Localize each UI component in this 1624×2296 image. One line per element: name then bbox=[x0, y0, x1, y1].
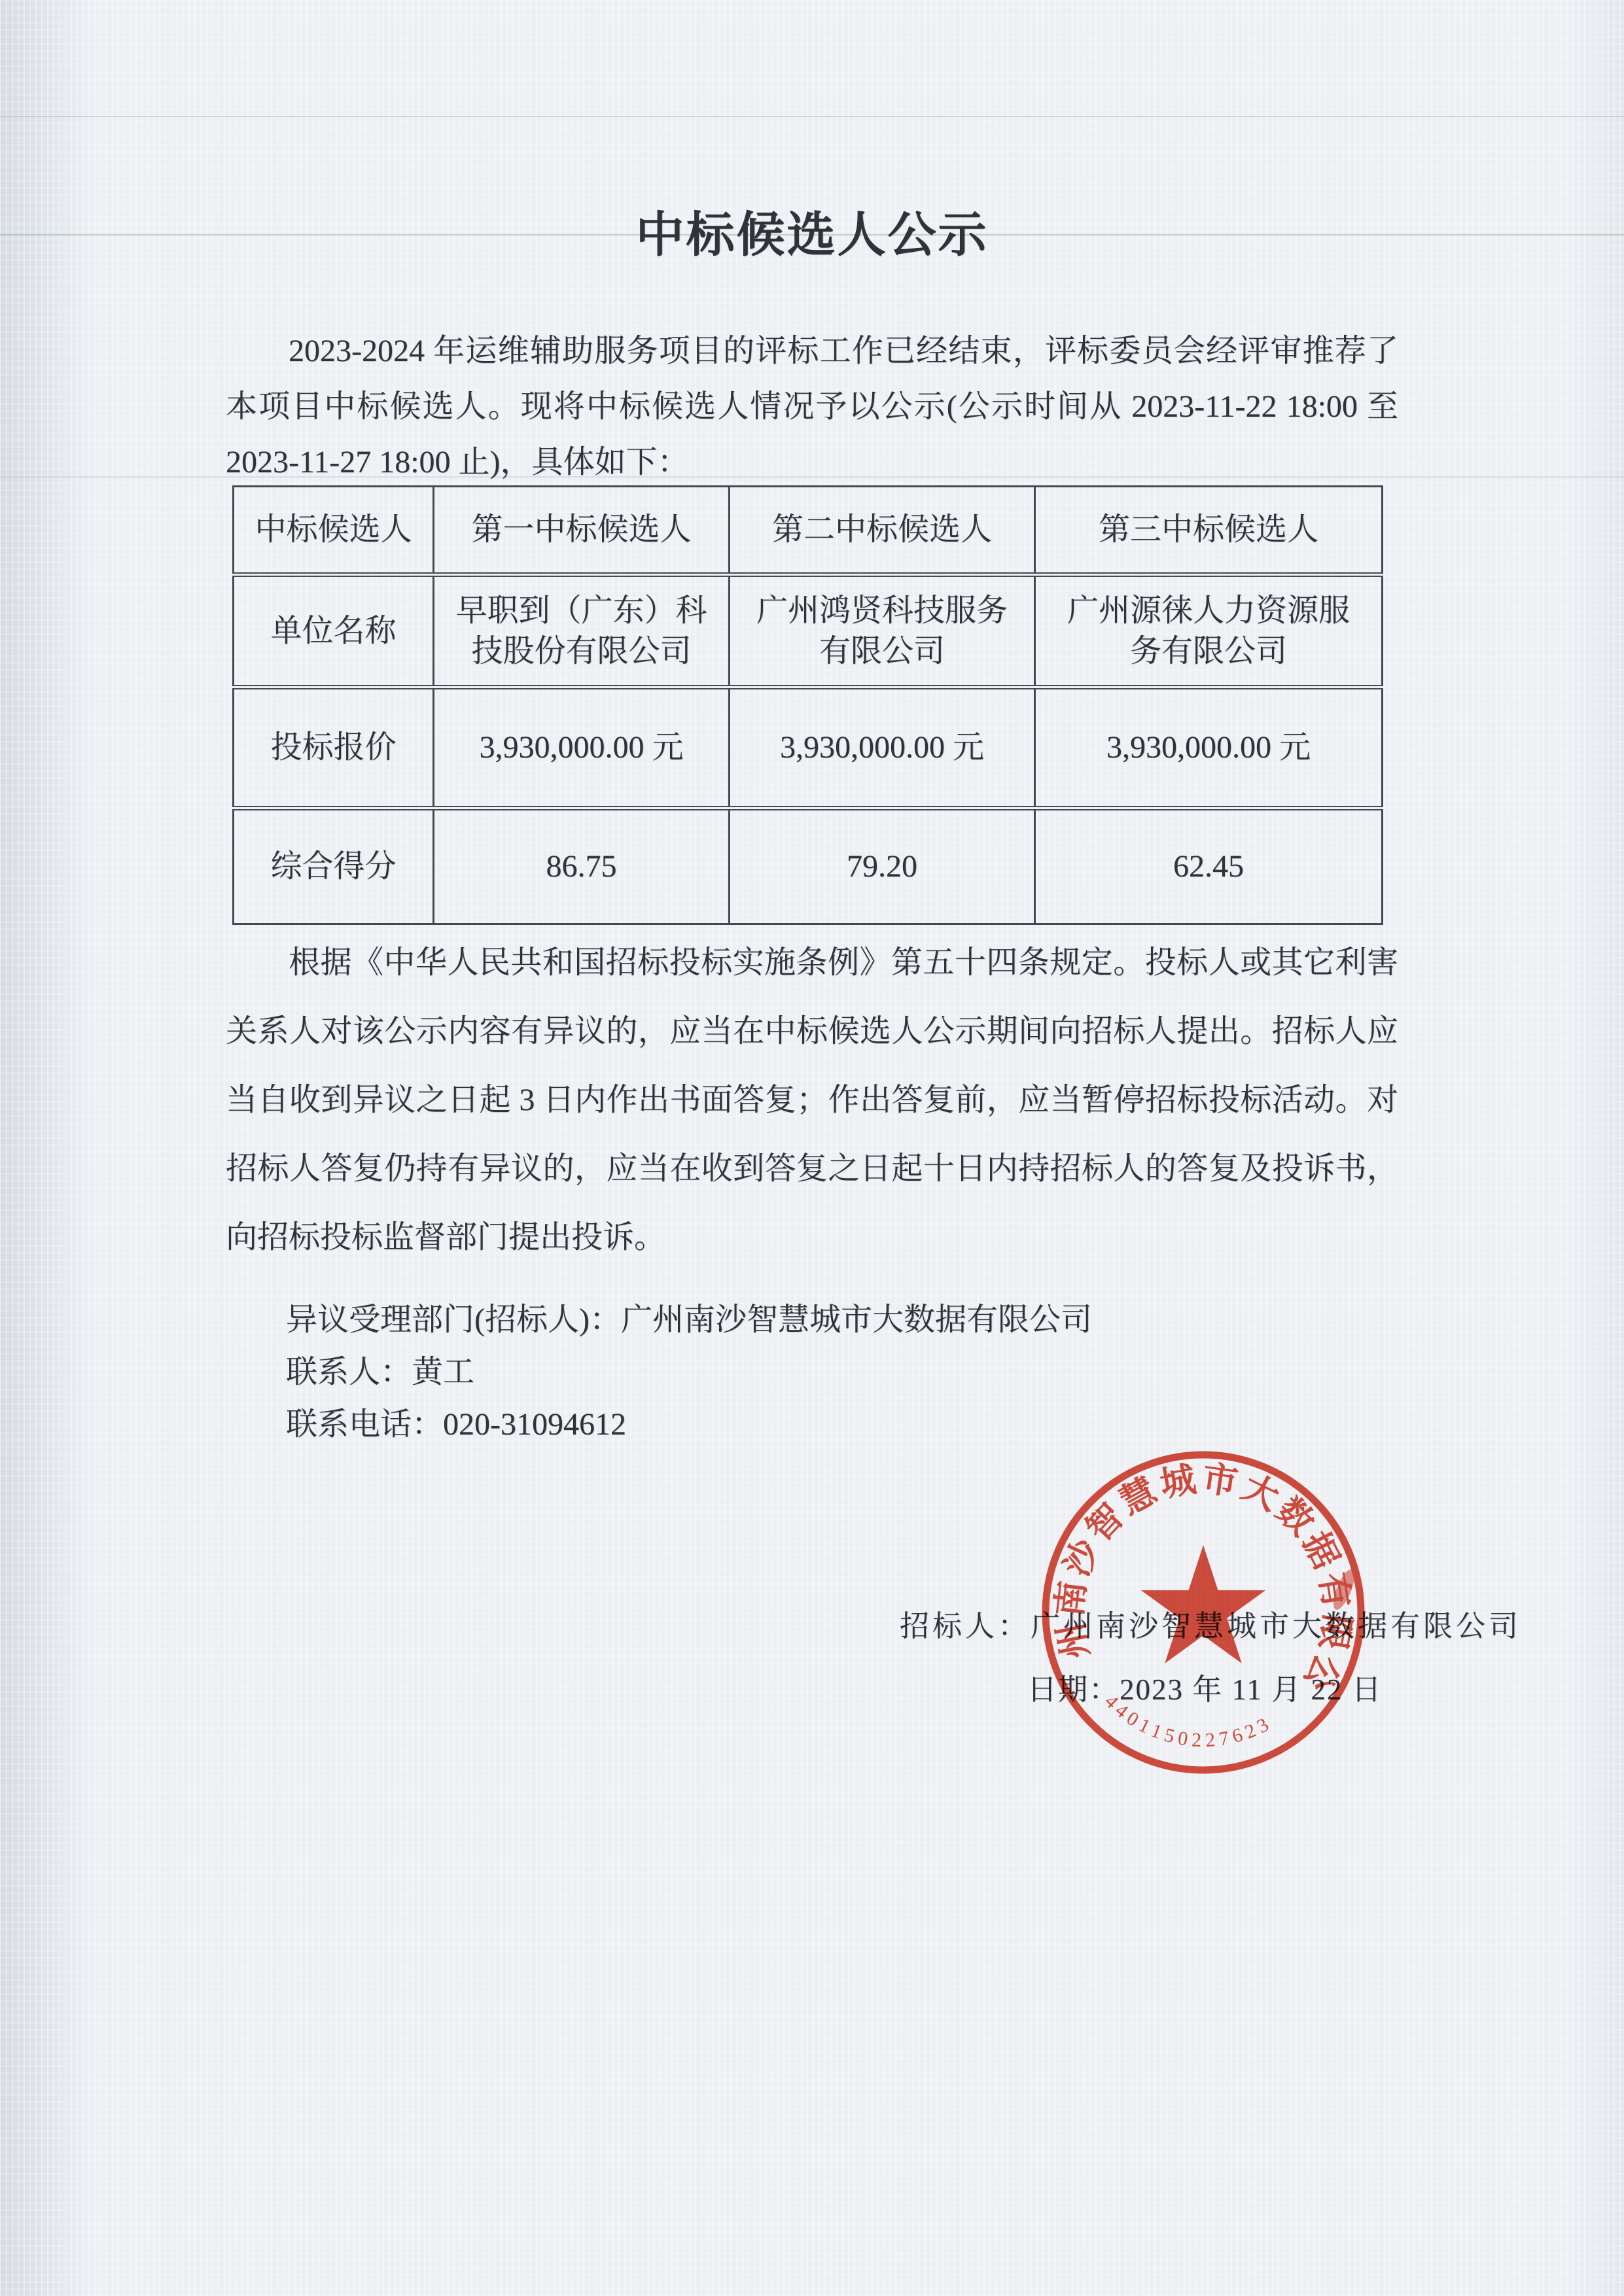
regulation-paragraph: 根据《中华人民共和国招标投标实施条例》第五十四条规定。投标人或其它利害关系人对该… bbox=[226, 928, 1398, 1272]
contact-department-line: 异议受理部门(招标人)：广州南沙智慧城市大数据有限公司 bbox=[286, 1294, 1092, 1346]
scanned-document-page: 中标候选人公示 2023-2024 年运维辅助服务项目的评标工作已经结束，评标委… bbox=[0, 0, 1624, 2296]
seal-company-arc-text: 广州南沙智慧城市大数据有限公司 bbox=[1036, 1446, 1370, 1703]
bid-candidates-table: 中标候选人 第一中标候选人 第二中标候选人 第三中标候选人 单位名称 早职到（广… bbox=[232, 485, 1383, 925]
table-row-company-name: 单位名称 早职到（广东）科技股份有限公司 广州鸿贤科技服务有限公司 广州源徕人力… bbox=[234, 575, 1383, 687]
table-row-composite-score: 综合得分 86.75 79.20 62.45 bbox=[234, 809, 1383, 924]
row-label: 综合得分 bbox=[234, 809, 434, 924]
contact-block: 异议受理部门(招标人)：广州南沙智慧城市大数据有限公司 联系人：黄工 联系电话：… bbox=[286, 1294, 1092, 1451]
contact-phone-line: 联系电话：020-31094612 bbox=[286, 1399, 1092, 1451]
company-name-cell: 广州源徕人力资源服务有限公司 bbox=[1035, 575, 1383, 687]
company-name-cell: 早职到（广东）科技股份有限公司 bbox=[434, 575, 730, 687]
svg-text:广州南沙智慧城市大数据有限公司: 广州南沙智慧城市大数据有限公司 bbox=[1036, 1446, 1370, 1703]
page-title: 中标候选人公示 bbox=[0, 206, 1624, 265]
score-cell: 62.45 bbox=[1035, 809, 1383, 924]
bid-price-cell: 3,930,000.00 元 bbox=[1035, 687, 1383, 809]
table-header-cell: 第二中标候选人 bbox=[730, 487, 1035, 575]
scan-artifact-line bbox=[0, 116, 1624, 117]
signature-bidder-line: 招标人：广州南沙智慧城市大数据有限公司 bbox=[900, 1602, 1521, 1644]
row-label: 单位名称 bbox=[234, 575, 434, 687]
intro-paragraph: 2023-2024 年运维辅助服务项目的评标工作已经结束，评标委员会经评审推荐了… bbox=[226, 323, 1398, 490]
score-cell: 86.75 bbox=[434, 809, 730, 924]
score-cell: 79.20 bbox=[730, 809, 1035, 924]
table-header-cell: 中标候选人 bbox=[234, 487, 434, 575]
signature-date-line: 日期：2023 年 11 月 22 日 bbox=[1027, 1665, 1383, 1708]
table-header-cell: 第三中标候选人 bbox=[1035, 487, 1383, 575]
table-header-cell: 第一中标候选人 bbox=[434, 487, 730, 575]
row-label: 投标报价 bbox=[234, 687, 434, 809]
company-name-cell: 广州鸿贤科技服务有限公司 bbox=[730, 575, 1035, 687]
table-header-row: 中标候选人 第一中标候选人 第二中标候选人 第三中标候选人 bbox=[234, 487, 1383, 575]
table-row-bid-price: 投标报价 3,930,000.00 元 3,930,000.00 元 3,930… bbox=[234, 687, 1383, 809]
contact-person-line: 联系人：黄工 bbox=[286, 1346, 1092, 1399]
bid-price-cell: 3,930,000.00 元 bbox=[434, 687, 730, 809]
bid-price-cell: 3,930,000.00 元 bbox=[730, 687, 1035, 809]
